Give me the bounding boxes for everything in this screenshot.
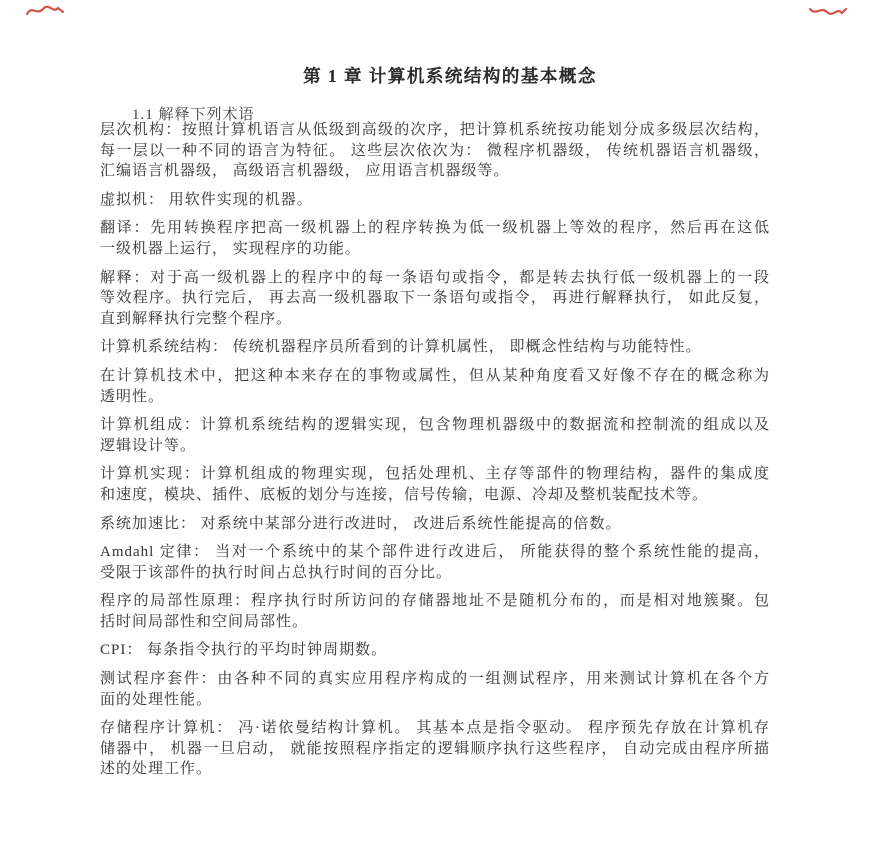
- text-line: 和速度，模块、插件、底板的划分与连接，信号传输，电源、冷却及整机装配技术等。: [100, 485, 770, 506]
- text-line: 一级机器上运行， 实现程序的功能。: [100, 239, 770, 260]
- paragraph: 计算机实现：计算机组成的物理实现，包括处理机、主存等部件的物理结构，器件的集成度…: [100, 464, 770, 505]
- paragraph: 解释：对于高一级机器上的程序中的每一条语句或指令，都是转去执行低一级机器上的一段…: [100, 268, 770, 330]
- text-line: Amdahl 定律： 当对一个系统中的某个部件进行改进后， 所能获得的整个系统性…: [100, 542, 770, 563]
- paragraph: 程序的局部性原理：程序执行时所访问的存储器地址不是随机分布的，而是相对地簇聚。包…: [100, 591, 770, 632]
- text-line: 逻辑设计等。: [100, 436, 770, 457]
- document-page: 第 1 章 计算机系统结构的基本概念 1.1 解释下列术语 层次机构：按照计算机…: [0, 0, 870, 842]
- paragraph-list: 层次机构：按照计算机语言从低级到高级的次序，把计算机系统按功能划分成多级层次结构…: [100, 120, 770, 788]
- text-line: 面的处理性能。: [100, 690, 770, 711]
- text-line: 括时间局部性和空间局部性。: [100, 612, 770, 633]
- text-line: 程序的局部性原理：程序执行时所访问的存储器地址不是随机分布的，而是相对地簇聚。包: [100, 591, 770, 612]
- text-line: 计算机组成：计算机系统结构的逻辑实现，包含物理机器级中的数据流和控制流的组成以及: [100, 415, 770, 436]
- text-line: 层次机构：按照计算机语言从低级到高级的次序，把计算机系统按功能划分成多级层次结构…: [100, 120, 770, 141]
- red-scribble-path: [27, 7, 63, 14]
- red-scribble-mark-right: [808, 3, 848, 19]
- paragraph: 测试程序套件：由各种不同的真实应用程序构成的一组测试程序，用来测试计算机在各个方…: [100, 669, 770, 710]
- chapter-title: 第 1 章 计算机系统结构的基本概念: [15, 63, 870, 88]
- text-line: 存储程序计算机： 冯·诺依曼结构计算机。 其基本点是指令驱动。 程序预先存放在计…: [100, 718, 770, 739]
- text-line: 透明性。: [100, 387, 770, 408]
- paragraph: 虚拟机： 用软件实现的机器。: [100, 190, 770, 211]
- paragraph: CPI： 每条指令执行的平均时钟周期数。: [100, 640, 770, 661]
- paragraph: 系统加速比： 对系统中某部分进行改进时， 改进后系统性能提高的倍数。: [100, 514, 770, 535]
- text-line: 计算机系统结构： 传统机器程序员所看到的计算机属性， 即概念性结构与功能特性。: [100, 337, 770, 358]
- text-line: 储器中， 机器一旦启动， 就能按照程序指定的逻辑顺序执行这些程序， 自动完成由程…: [100, 739, 770, 760]
- paragraph: Amdahl 定律： 当对一个系统中的某个部件进行改进后， 所能获得的整个系统性…: [100, 542, 770, 583]
- text-line: 每一层以一种不同的语言为特征。 这些层次依次为： 微程序机器级， 传统机器语言机…: [100, 141, 770, 162]
- red-scribble-path: [810, 9, 846, 14]
- red-scribble-mark-left: [25, 3, 65, 19]
- text-line: 直到解释执行完整个程序。: [100, 309, 770, 330]
- text-line: 汇编语言机器级， 高级语言机器级， 应用语言机器级等。: [100, 161, 770, 182]
- paragraph: 存储程序计算机： 冯·诺依曼结构计算机。 其基本点是指令驱动。 程序预先存放在计…: [100, 718, 770, 780]
- text-line: CPI： 每条指令执行的平均时钟周期数。: [100, 640, 770, 661]
- paragraph: 层次机构：按照计算机语言从低级到高级的次序，把计算机系统按功能划分成多级层次结构…: [100, 120, 770, 182]
- text-line: 述的处理工作。: [100, 759, 770, 780]
- text-line: 计算机实现：计算机组成的物理实现，包括处理机、主存等部件的物理结构，器件的集成度: [100, 464, 770, 485]
- text-line: 等效程序。执行完后， 再去高一级机器取下一条语句或指令， 再进行解释执行， 如此…: [100, 288, 770, 309]
- text-line: 在计算机技术中，把这种本来存在的事物或属性，但从某种角度看又好像不存在的概念称为: [100, 366, 770, 387]
- paragraph: 计算机组成：计算机系统结构的逻辑实现，包含物理机器级中的数据流和控制流的组成以及…: [100, 415, 770, 456]
- paragraph: 翻译：先用转换程序把高一级机器上的程序转换为低一级机器上等效的程序，然后再在这低…: [100, 218, 770, 259]
- text-line: 翻译：先用转换程序把高一级机器上的程序转换为低一级机器上等效的程序，然后再在这低: [100, 218, 770, 239]
- paragraph: 计算机系统结构： 传统机器程序员所看到的计算机属性， 即概念性结构与功能特性。: [100, 337, 770, 358]
- paragraph: 在计算机技术中，把这种本来存在的事物或属性，但从某种角度看又好像不存在的概念称为…: [100, 366, 770, 407]
- text-line: 测试程序套件：由各种不同的真实应用程序构成的一组测试程序，用来测试计算机在各个方: [100, 669, 770, 690]
- text-line: 受限于该部件的执行时间占总执行时间的百分比。: [100, 563, 770, 584]
- text-line: 虚拟机： 用软件实现的机器。: [100, 190, 770, 211]
- text-line: 系统加速比： 对系统中某部分进行改进时， 改进后系统性能提高的倍数。: [100, 514, 770, 535]
- text-line: 解释：对于高一级机器上的程序中的每一条语句或指令，都是转去执行低一级机器上的一段: [100, 268, 770, 289]
